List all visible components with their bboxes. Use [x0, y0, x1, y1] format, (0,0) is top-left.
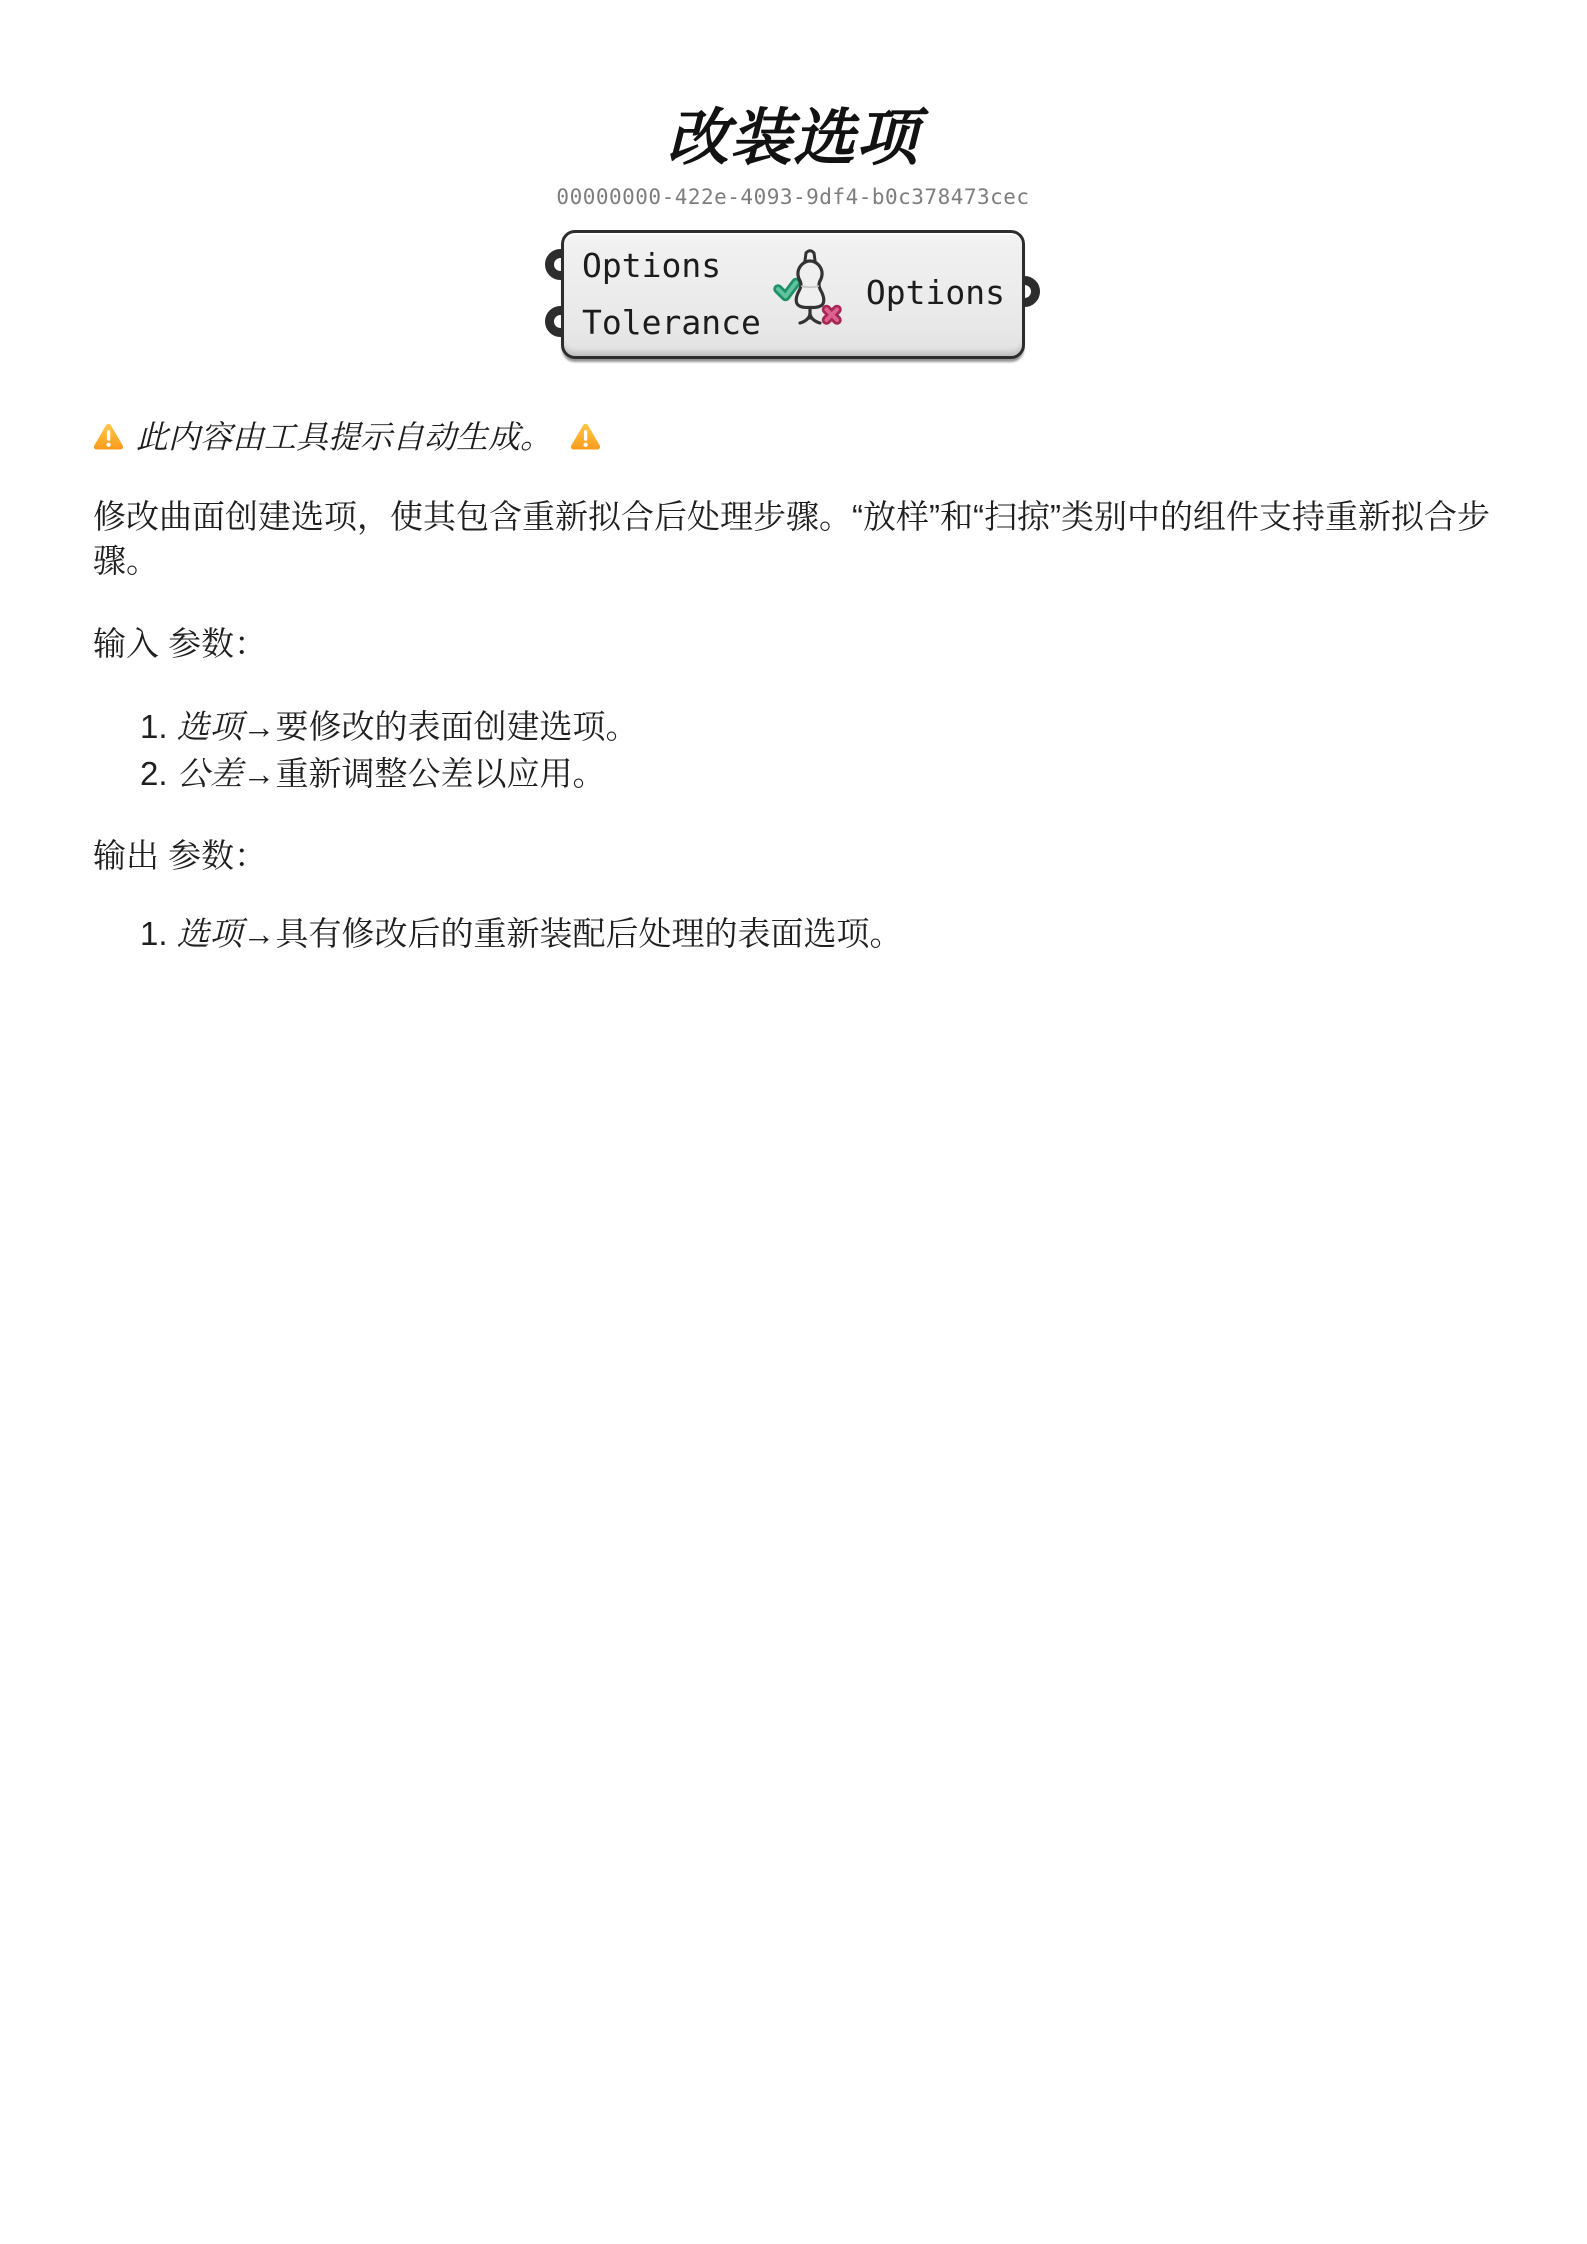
page-title: 改装选项 [93, 0, 1493, 172]
notice-text: 此内容由工具提示自动生成。 [136, 415, 552, 459]
param-desc: 具有修改后的重新装配后处理的表面选项。 [276, 915, 903, 952]
dress-form-icon [766, 236, 866, 346]
output-params-heading: 输出 参数： [93, 834, 1493, 878]
input-port-label: Tolerance [582, 306, 761, 339]
input-param-item: 1.选项→要修改的表面创建选项。 [140, 703, 1493, 750]
param-arrow: → [243, 755, 276, 792]
param-term: 公差 [177, 755, 243, 792]
check-icon [778, 283, 796, 297]
output-port-label: Options [866, 276, 1005, 309]
input-param-item: 2.公差→重新调整公差以应用。 [140, 750, 1493, 797]
output-param-item: 1.选项→具有修改后的重新装配后处理的表面选项。 [140, 910, 1493, 957]
list-number: 1. [140, 703, 168, 750]
list-number: 2. [140, 750, 168, 797]
cross-icon [827, 310, 838, 321]
param-arrow: → [243, 708, 276, 745]
param-arrow: → [243, 915, 276, 952]
warning-triangle-icon [93, 423, 124, 451]
mannequin-glyph [796, 251, 824, 323]
list-number: 1. [140, 910, 168, 957]
param-desc: 要修改的表面创建选项。 [276, 708, 639, 745]
gh-component: Options Tolerance Options [561, 230, 1025, 363]
param-term: 选项 [177, 915, 243, 952]
description-paragraph: 修改曲面创建选项，使其包含重新拟合后处理步骤。“放样”和“扫掠”类别中的组件支持… [93, 495, 1492, 583]
warning-triangle-icon [570, 423, 601, 451]
output-params-list: 1.选项→具有修改后的重新装配后处理的表面选项。 [93, 910, 1493, 957]
input-params-list: 1.选项→要修改的表面创建选项。 2.公差→重新调整公差以应用。 [93, 703, 1493, 797]
param-term: 选项 [177, 708, 243, 745]
input-port-label: Options [582, 249, 721, 282]
param-desc: 重新调整公差以应用。 [276, 755, 606, 792]
document-page: 改装选项 00000000-422e-4093-9df4-b0c378473ce… [0, 0, 1587, 957]
input-params-heading: 输入 参数： [93, 622, 1493, 666]
component-uuid: 00000000-422e-4093-9df4-b0c378473cec [93, 184, 1493, 210]
auto-generated-notice: 此内容由工具提示自动生成。 [93, 415, 1493, 459]
